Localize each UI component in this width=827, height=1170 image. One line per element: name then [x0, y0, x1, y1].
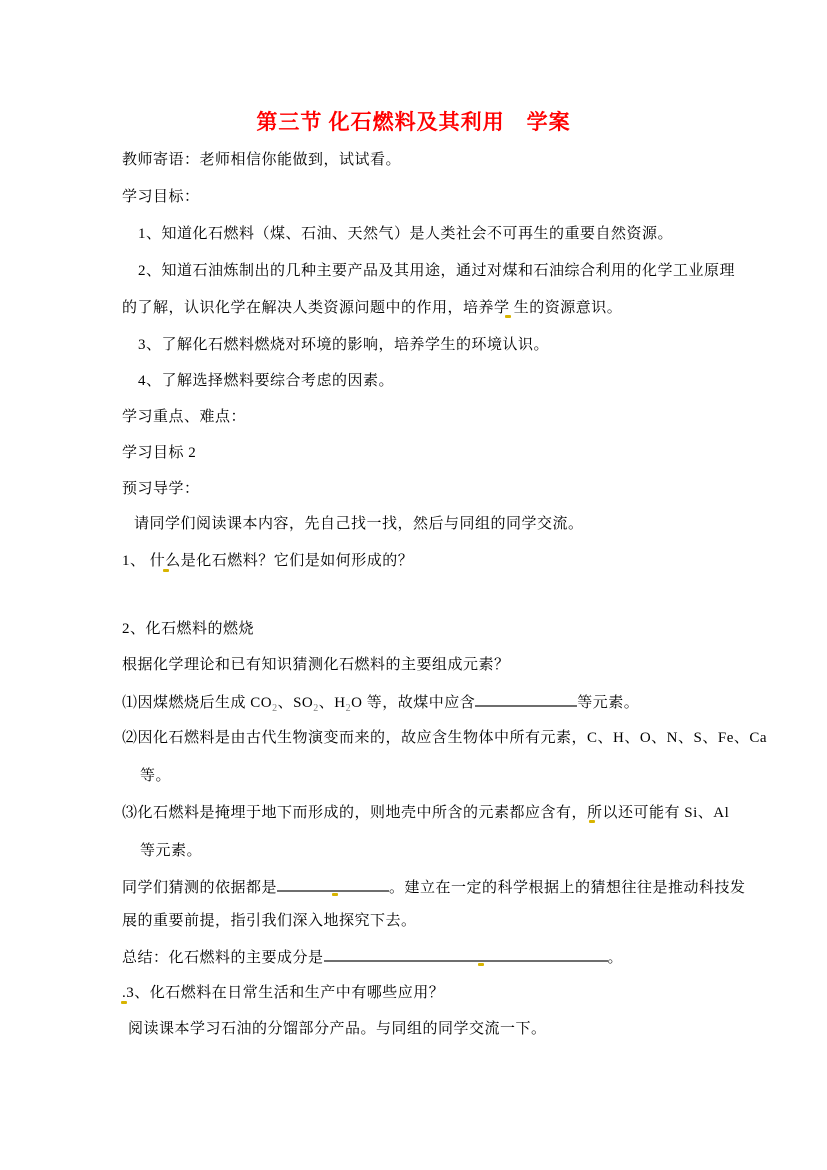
- guess-basis-line2: 展的重要前提，指引我们深入地探究下去。: [122, 911, 417, 931]
- clue-2-line2: 等。: [140, 766, 171, 786]
- objective-item-1: 1、知道化石燃料（煤、石油、天然气）是人类社会不可再生的重要自然资源。: [138, 224, 673, 244]
- objectives-heading: 学习目标：: [122, 187, 200, 207]
- spellcheck-mark: [505, 315, 511, 318]
- teacher-message: 教师寄语：老师相信你能做到，试试看。: [122, 150, 401, 170]
- fill-in-blank-basis: [277, 876, 389, 892]
- preview-heading: 预习导学：: [122, 479, 200, 499]
- preview-intro: 请同学们阅读课本内容，先自己找一找，然后与同组的同学交流。: [134, 514, 584, 534]
- summary-line: 总结：化石燃料的主要成分是。: [122, 946, 623, 968]
- spellcheck-mark: [589, 820, 595, 823]
- guess-basis-line: 同学们猜测的依据都是。建立在一定的科学根据上的猜想往往是推动科技发: [122, 876, 746, 898]
- clue-2-line1: ⑵因化石燃料是由古代生物演变而来的，故应含生物体中所有元素，C、H、O、N、S、…: [122, 728, 767, 748]
- objective-item-2-line1: 2、知道石油炼制出的几种主要产品及其用途，通过对煤和石油综合利用的化学工业原理: [138, 261, 735, 281]
- fill-in-blank-elements: [475, 691, 577, 707]
- spellcheck-mark: [163, 569, 169, 572]
- clue-3-line1: ⑶化石燃料是掩埋于地下而形成的，则地壳中所含的元素都应含有，所以还可能有 Si、…: [122, 803, 729, 823]
- clue-3-line2: 等元素。: [140, 841, 202, 861]
- key-points-value: 学习目标 2: [122, 443, 196, 463]
- page-title: 第三节 化石燃料及其利用 学案: [0, 106, 827, 136]
- question-3: .3、化石燃料在日常生活和生产中有哪些应用？: [122, 983, 444, 1003]
- objective-item-4: 4、了解选择燃料要综合考虑的因素。: [138, 371, 394, 391]
- spellcheck-mark: [478, 963, 484, 966]
- document-page: 第三节 化石燃料及其利用 学案 教师寄语：老师相信你能做到，试试看。 学习目标：…: [0, 0, 827, 1170]
- clue-1-text: ⑴因煤燃烧后生成 CO: [122, 695, 272, 711]
- key-points-heading: 学习重点、难点：: [122, 407, 246, 427]
- reading-note: 阅读课本学习石油的分馏部分产品。与同组的同学交流一下。: [128, 1019, 547, 1039]
- objective-item-3: 3、了解化石燃料燃烧对环境的影响，培养学生的环境认识。: [138, 335, 549, 355]
- spellcheck-mark: [332, 893, 338, 896]
- objective-item-2-line2: 的了解，认识化学在解决人类资源问题中的作用，培养学 生的资源意识。: [122, 298, 622, 318]
- section-2-heading: 2、化石燃料的燃烧: [122, 619, 254, 639]
- spellcheck-mark: [121, 1001, 127, 1004]
- section-2-prompt: 根据化学理论和已有知识猜测化石燃料的主要组成元素？: [122, 655, 510, 675]
- clue-1-line: ⑴因煤燃烧后生成 CO2、SO2、H2O 等，故煤中应含等元素。: [122, 691, 639, 713]
- fill-in-blank-summary: [324, 946, 608, 962]
- question-1: 1、 什么是化石燃料？它们是如何形成的？: [122, 551, 413, 571]
